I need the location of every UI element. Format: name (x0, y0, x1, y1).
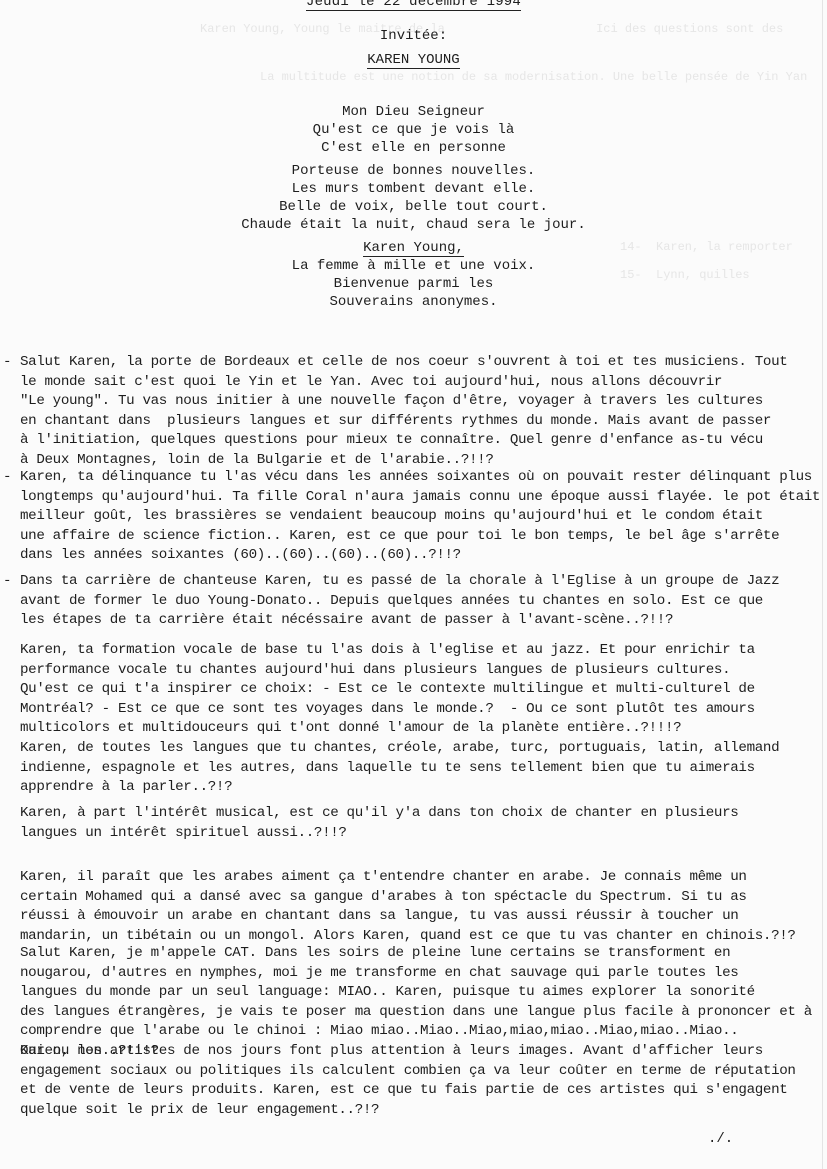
question-line: multicolors et multidouceurs qui t'ont d… (20, 719, 820, 739)
question-line: "Le young". Tu vas nous initier à une no… (20, 392, 820, 412)
question-paragraph: Karen, les artistes de nos jours font pl… (20, 1042, 820, 1120)
guest-name: KAREN YOUNG (0, 52, 827, 68)
question-line: performance vocale tu chantes aujourd'hu… (20, 661, 820, 681)
document-date: Jeudi le 22 décembre 1994 (0, 0, 827, 10)
question-line: le monde sait c'est quoi le Yin et le Ya… (20, 373, 820, 393)
poem-stanza-title: Karen Young, (0, 239, 827, 257)
question-line: Karen, à part l'intérêt musical, est ce … (20, 804, 820, 824)
poem-stanza-3: Karen Young, La femme à mille et une voi… (0, 239, 827, 311)
question-line: et de vente de leurs produits. Karen, es… (20, 1081, 820, 1101)
question-paragraph: -Karen, ta délinquance tu l'as vécu dans… (20, 468, 820, 566)
question-line: Karen, ta formation vocale de base tu l'… (20, 641, 820, 661)
poem-line: Bienvenue parmi les (0, 275, 827, 293)
end-mark: ./. (708, 1131, 733, 1147)
scanned-page: Karen Young, Young le maitre de la Ici d… (0, 0, 827, 1169)
question-paragraph: Karen, de toutes les langues que tu chan… (20, 739, 820, 798)
question-line: dans les années soixantes (60)..(60)..(6… (20, 546, 820, 566)
question-line: réussi à émouvoir un arabe en chantant d… (20, 907, 820, 927)
question-line: à l'initiation, quelques questions pour … (20, 431, 820, 451)
question-marker: - (3, 353, 11, 373)
question-paragraph: Karen, à part l'intérêt musical, est ce … (20, 804, 820, 843)
question-line: Karen, ta délinquance tu l'as vécu dans … (20, 468, 820, 488)
poem-line: Porteuse de bonnes nouvelles. (0, 162, 827, 180)
poem-line: C'est elle en personne (0, 139, 827, 157)
question-line: avant de former le duo Young-Donato.. De… (20, 592, 820, 612)
question-line: en chantant dans plusieurs langues et su… (20, 412, 820, 432)
question-line: longtemps qu'aujourd'hui. Ta fille Coral… (20, 488, 820, 508)
question-line: Dans ta carrière de chanteuse Karen, tu … (20, 572, 820, 592)
invited-label: Invitée: (0, 28, 827, 44)
question-line: les étapes de ta carrière était nécéssai… (20, 611, 820, 631)
poem-line: Belle de voix, belle tout court. (0, 198, 827, 216)
question-line: comprendre que l'arabe ou le chinoi : Mi… (20, 1022, 820, 1042)
question-line: Karen, de toutes les langues que tu chan… (20, 739, 820, 759)
question-line: langues du monde par un seul language: M… (20, 983, 820, 1003)
question-paragraph: -Salut Karen, la porte de Bordeaux et ce… (20, 353, 820, 470)
question-paragraph: Karen, ta formation vocale de base tu l'… (20, 641, 820, 739)
question-marker: - (3, 572, 11, 592)
poem-line: Les murs tombent devant elle. (0, 180, 827, 198)
question-line: apprendre à la parler..?!? (20, 778, 820, 798)
question-paragraph: Karen, il paraît que les arabes aiment ç… (20, 868, 820, 946)
question-line: indienne, espagnole et les autres, dans … (20, 759, 820, 779)
bleed-through-text: La multitude est une notion de sa modern… (260, 70, 807, 84)
question-line: langues un intérêt spirituel aussi..?!!? (20, 824, 820, 844)
poem-line: La femme à mille et une voix. (0, 257, 827, 275)
poem-stanza-1: Mon Dieu Seigneur Qu'est ce que je vois … (0, 103, 827, 157)
question-paragraph: -Dans ta carrière de chanteuse Karen, tu… (20, 572, 820, 631)
poem-line: Qu'est ce que je vois là (0, 121, 827, 139)
question-line: Salut Karen, la porte de Bordeaux et cel… (20, 353, 820, 373)
question-line: Salut Karen, je m'appele CAT. Dans les s… (20, 944, 820, 964)
question-line: meilleur goût, les brassières se vendaie… (20, 507, 820, 527)
poem-line: Chaude était la nuit, chaud sera le jour… (0, 216, 827, 234)
question-line: certain Mohamed qui a dansé avec sa gang… (20, 888, 820, 908)
question-line: engagement sociaux ou politiques ils cal… (20, 1062, 820, 1082)
poem-line: Souverains anonymes. (0, 293, 827, 311)
question-line: Qu'est ce qui t'a inspirer ce choix: - E… (20, 680, 820, 700)
question-line: des langues étrangères, je vais te poser… (20, 1003, 820, 1023)
question-line: une affaire de science fiction.. Karen, … (20, 527, 820, 547)
question-line: Montréal? - Est ce que ce sont tes voyag… (20, 700, 820, 720)
question-line: nougarou, d'autres en nymphes, moi je me… (20, 964, 820, 984)
question-line: quelque soit le prix de leur engagement.… (20, 1101, 820, 1121)
question-marker: - (3, 468, 11, 488)
question-line: Karen, il paraît que les arabes aiment ç… (20, 868, 820, 888)
poem-stanza-2: Porteuse de bonnes nouvelles. Les murs t… (0, 162, 827, 234)
question-line: Karen, les artistes de nos jours font pl… (20, 1042, 820, 1062)
poem-line: Mon Dieu Seigneur (0, 103, 827, 121)
